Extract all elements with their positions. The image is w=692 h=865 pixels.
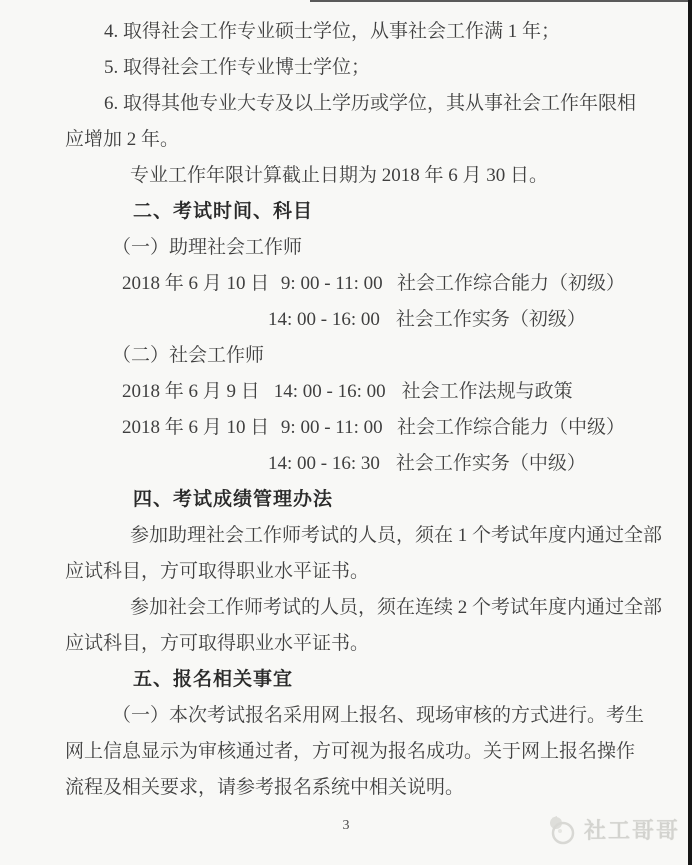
paragraph-line: 参加社会工作师考试的人员，须在连续 2 个考试年度内通过全部 xyxy=(65,590,625,626)
section-heading-5: 五、报名相关事宜 xyxy=(65,662,625,698)
schedule-date: 2018 年 6 月 10 日 xyxy=(122,410,267,446)
schedule-date xyxy=(122,446,254,482)
schedule-date: 2018 年 6 月 9 日 xyxy=(122,374,260,410)
watermark-logo-icon xyxy=(544,812,578,846)
schedule-subject: 社会工作实务（中级） xyxy=(396,446,586,482)
schedule-row: 2018 年 6 月 10 日 9: 00 - 11: 00 社会工作综合能力（… xyxy=(65,410,625,446)
paragraph-continuation: 应试科目，方可取得职业水平证书。 xyxy=(65,554,625,590)
list-item-6: 6. 取得其他专业大专及以上学历或学位，其从事社会工作年限相 xyxy=(65,86,625,122)
schedule-subject: 社会工作法规与政策 xyxy=(402,374,573,410)
schedule-time: 14: 00 - 16: 00 xyxy=(274,374,386,410)
watermark-text: 社工哥哥 xyxy=(584,814,680,845)
section-heading-4: 四、考试成绩管理办法 xyxy=(65,482,625,518)
schedule-row: 2018 年 6 月 10 日 9: 00 - 11: 00 社会工作综合能力（… xyxy=(65,266,625,302)
schedule-time: 14: 00 - 16: 00 xyxy=(268,302,380,338)
schedule-date: 2018 年 6 月 10 日 xyxy=(122,266,267,302)
paragraph-deadline: 专业工作年限计算截止日期为 2018 年 6 月 30 日。 xyxy=(65,158,625,194)
schedule-date xyxy=(122,302,254,338)
schedule-subject: 社会工作综合能力（初级） xyxy=(397,266,625,302)
scanned-document-page: 4. 取得社会工作专业硕士学位，从事社会工作满 1 年； 5. 取得社会工作专业… xyxy=(0,0,692,865)
document-body: 4. 取得社会工作专业硕士学位，从事社会工作满 1 年； 5. 取得社会工作专业… xyxy=(65,14,625,806)
schedule-time: 14: 00 - 16: 30 xyxy=(268,446,380,482)
schedule-subject: 社会工作综合能力（中级） xyxy=(397,410,625,446)
list-item-4: 4. 取得社会工作专业硕士学位，从事社会工作满 1 年； xyxy=(65,14,625,50)
section-heading-2: 二、考试时间、科目 xyxy=(65,194,625,230)
scan-edge-top xyxy=(310,0,688,2)
schedule-time: 9: 00 - 11: 00 xyxy=(281,266,381,302)
list-item-5: 5. 取得社会工作专业博士学位； xyxy=(65,50,625,86)
scan-edge-right xyxy=(688,0,692,865)
schedule-row: 14: 00 - 16: 30 社会工作实务（中级） xyxy=(65,446,625,482)
schedule-row: 2018 年 6 月 9 日 14: 00 - 16: 00 社会工作法规与政策 xyxy=(65,374,625,410)
schedule-time: 9: 00 - 11: 00 xyxy=(281,410,381,446)
paragraph-continuation: 应增加 2 年。 xyxy=(65,122,625,158)
paragraph-continuation: 流程及相关要求，请参考报名系统中相关说明。 xyxy=(65,770,625,806)
paragraph-continuation: 应试科目，方可取得职业水平证书。 xyxy=(65,626,625,662)
schedule-row: 14: 00 - 16: 00 社会工作实务（初级） xyxy=(65,302,625,338)
paragraph-continuation: 网上信息显示为审核通过者，方可视为报名成功。关于网上报名操作 xyxy=(65,734,625,770)
paragraph-line: （一）本次考试报名采用网上报名、现场审核的方式进行。考生 xyxy=(65,698,625,734)
watermark: 社工哥哥 xyxy=(544,812,680,846)
schedule-subject: 社会工作实务（初级） xyxy=(396,302,586,338)
paragraph-line: 参加助理社会工作师考试的人员，须在 1 个考试年度内通过全部 xyxy=(65,518,625,554)
subsection-heading-1: （一）助理社会工作师 xyxy=(65,230,625,266)
subsection-heading-2: （二）社会工作师 xyxy=(65,338,625,374)
